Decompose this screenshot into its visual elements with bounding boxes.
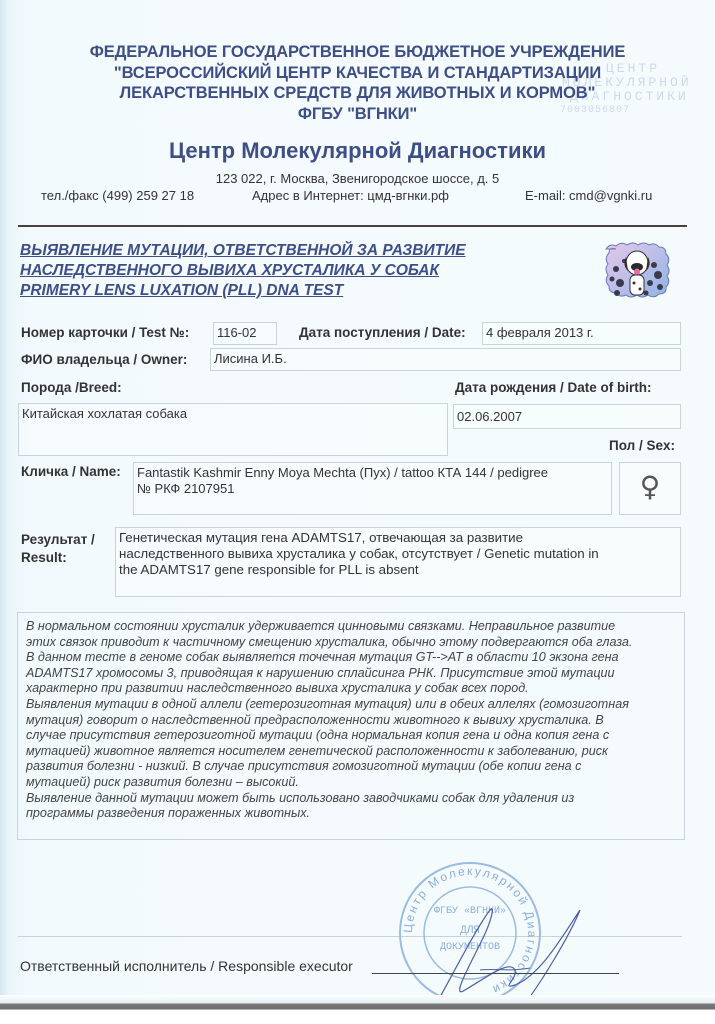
female-sign-icon: ♀: [619, 462, 681, 515]
org-line: ЛЕКАРСТВЕННЫХ СРЕДСТВ ДЛЯ ЖИВОТНЫХ И КОР…: [0, 83, 715, 104]
info-line: мутация) говорит о наследственной предра…: [26, 713, 676, 729]
info-line: развития болезни - низкий. В случае прис…: [26, 759, 676, 775]
website[interactable]: Адрес в Интернет: цмд-вгнки.рф: [252, 188, 449, 203]
owner-label: ФИО владельца / Owner:: [21, 352, 187, 367]
result-line: наследственного вывиха хрусталика у соба…: [119, 546, 677, 562]
birth-label: Дата рождения / Date of birth:: [455, 380, 652, 395]
email[interactable]: E-mail: cmd@vgnki.ru: [525, 188, 652, 203]
info-line: этих связок приводит к частичному смещен…: [26, 635, 676, 651]
test-title-line: НАСЛЕДСТВЕННОГО ВЫВИХА ХРУСТАЛИКА У СОБА…: [20, 261, 466, 281]
sex-label: Пол / Sex:: [609, 438, 675, 453]
info-line: Выявления мутации в одной аллели (гетеро…: [26, 697, 676, 713]
info-line: мутацией) животное является носителем ге…: [26, 744, 676, 760]
info-line: В данном тесте в геноме собак выявляется…: [26, 650, 676, 666]
breed-field: Китайская хохлатая собака: [18, 403, 448, 456]
info-line: ADAMTS17 хромосомы 3, приводящая к наруш…: [26, 666, 676, 682]
address: 123 022, г. Москва, Звенигородское шоссе…: [0, 171, 715, 186]
header-divider: [18, 225, 687, 227]
info-line: мутацией) риск развития болезни – высоки…: [26, 775, 676, 791]
phone: тел./факс (499) 259 27 18: [41, 188, 194, 203]
name-field: Fantastik Kashmir Enny Moya Mechta (Пух)…: [133, 462, 612, 515]
info-line: Выявление данной мутации может быть испо…: [26, 791, 676, 807]
result-line: the ADAMTS17 gene responsible for PLL is…: [119, 562, 677, 578]
signature-line: [372, 973, 619, 974]
org-line: ФГБУ "ВГНКИ": [0, 104, 715, 125]
info-line: случае присутствия гетерозиготной мутаци…: [26, 728, 676, 744]
result-line: Генетическая мутация гена ADAMTS17, отве…: [119, 530, 677, 546]
result-field: Генетическая мутация гена ADAMTS17, отве…: [115, 527, 681, 597]
test-title-line: ВЫЯВЛЕНИЕ МУТАЦИИ, ОТВЕТСТВЕННОЙ ЗА РАЗВ…: [20, 241, 466, 261]
result-label: Результат / Result:: [21, 531, 95, 567]
owner-field: Лисина И.Б.: [210, 348, 681, 371]
organization-header: ФЕДЕРАЛЬНОЕ ГОСУДАРСТВЕННОЕ БЮДЖЕТНОЕ УЧ…: [0, 42, 715, 124]
name-line: Fantastik Kashmir Enny Moya Mechta (Пух)…: [137, 465, 608, 481]
info-line: программы разведения пораженных животных…: [26, 806, 676, 822]
name-line: № РКФ 2107951: [137, 481, 608, 497]
explanation-box: В нормальном состоянии хрусталик удержив…: [17, 612, 685, 840]
center-name: Центр Молекулярной Диагностики: [0, 138, 715, 164]
scan-edge: [0, 995, 715, 1024]
name-label: Кличка / Name:: [21, 464, 121, 479]
responsible-executor-label: Ответственный исполнитель / Responsible …: [20, 958, 353, 974]
test-title: ВЫЯВЛЕНИЕ МУТАЦИИ, ОТВЕТСТВЕННОЙ ЗА РАЗВ…: [20, 241, 466, 301]
org-line: "ВСЕРОССИЙСКИЙ ЦЕНТР КАЧЕСТВА И СТАНДАРТ…: [0, 63, 715, 84]
date-field: 4 февраля 2013 г.: [482, 322, 681, 345]
info-line: характерно при развитии наследственного …: [26, 681, 676, 697]
org-line: ФЕДЕРАЛЬНОЕ ГОСУДАРСТВЕННОЕ БЮДЖЕТНОЕ УЧ…: [0, 42, 715, 63]
result-label-line: Result:: [21, 549, 95, 567]
dalmatian-dog-icon: [598, 237, 676, 307]
test-no-label: Номер карточки / Test №:: [21, 325, 189, 340]
result-label-line: Результат /: [21, 531, 95, 549]
date-label: Дата поступления / Date:: [299, 325, 466, 340]
test-title-line: PRIMERY LENS LUXATION (PLL) DNA TEST: [20, 281, 466, 301]
info-line: В нормальном состоянии хрусталик удержив…: [26, 619, 676, 635]
birth-field: 02.06.2007: [453, 404, 681, 429]
breed-label: Порода /Breed:: [21, 380, 122, 395]
test-no-field: 116-02: [213, 322, 277, 345]
